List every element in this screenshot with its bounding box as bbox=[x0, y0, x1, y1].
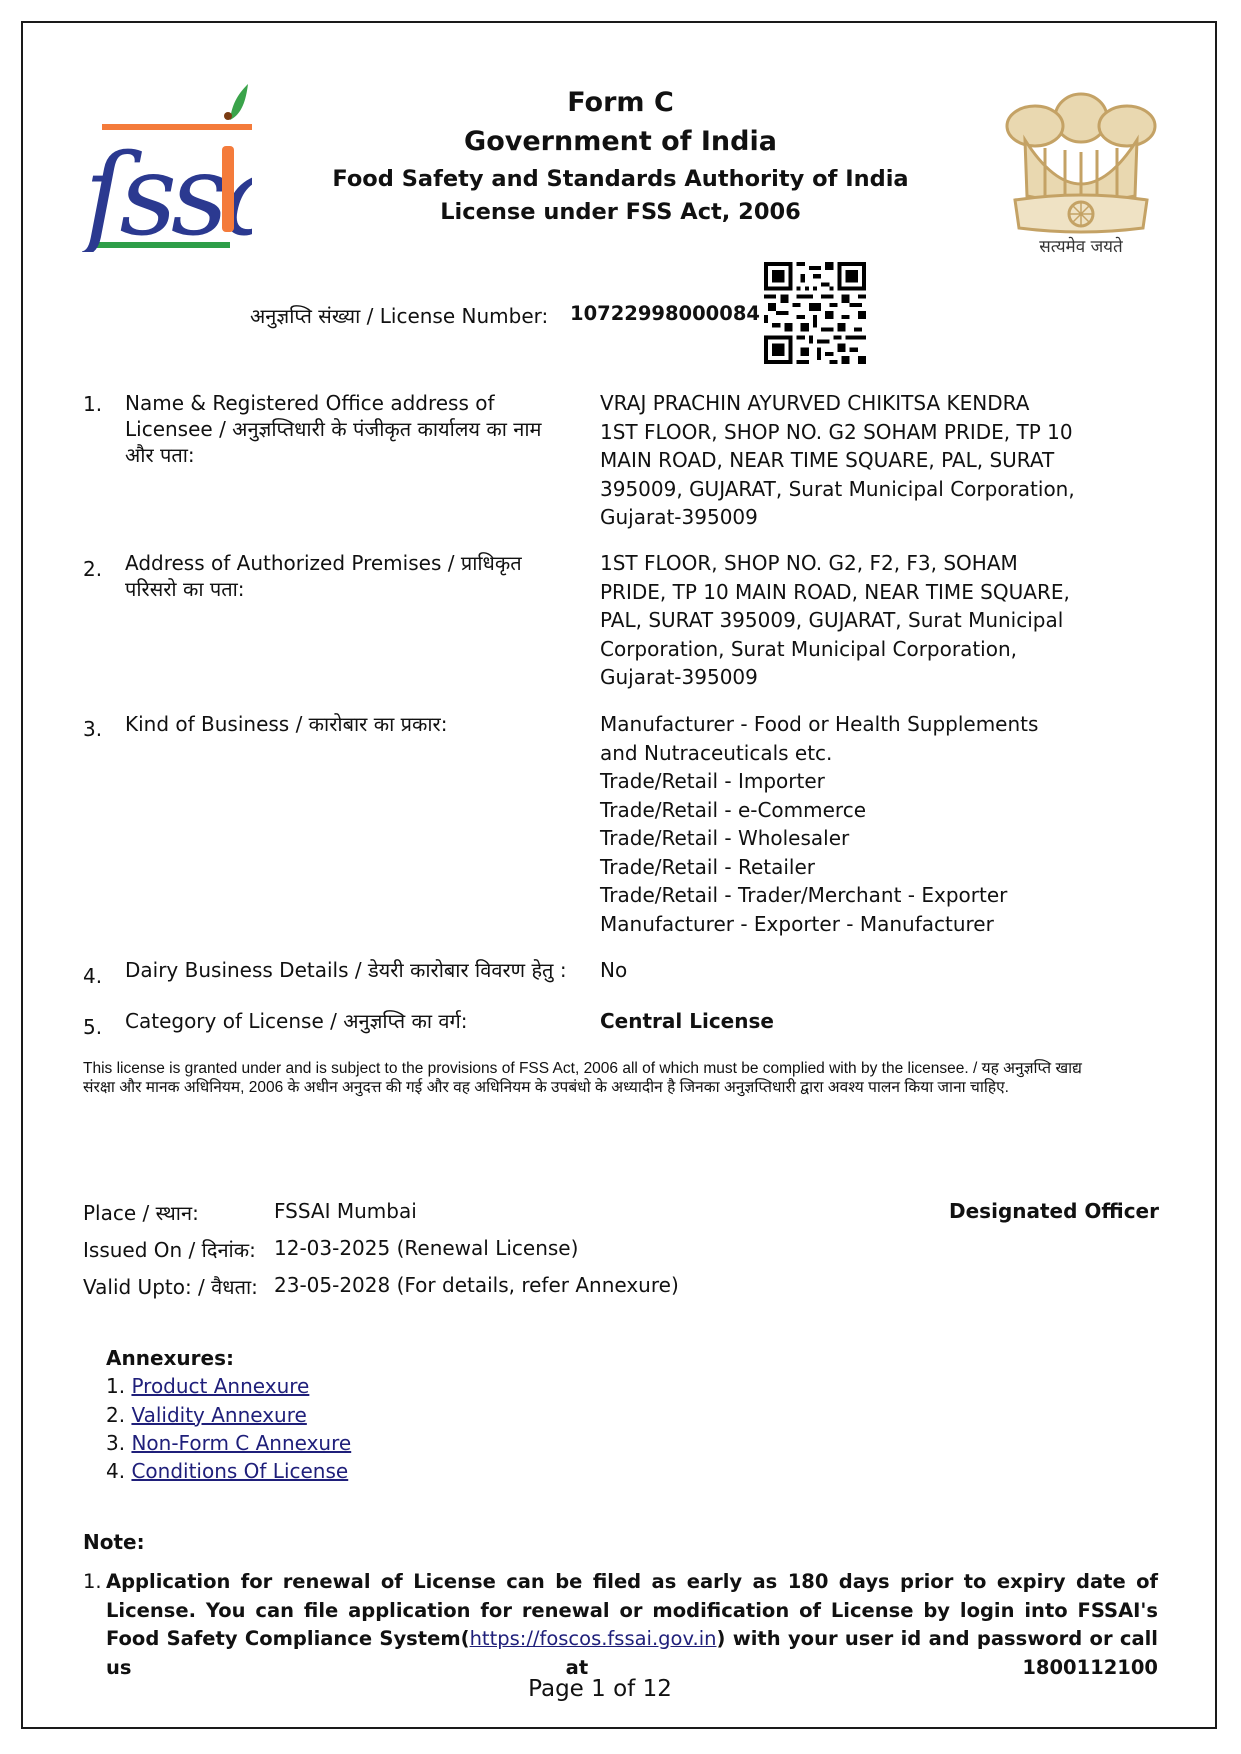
item-number: 4. bbox=[83, 964, 102, 988]
item-value-license-category: Central License bbox=[600, 1007, 1080, 1036]
value-line: 1ST FLOOR, SHOP NO. G2, F2, F3, SOHAM bbox=[600, 549, 1080, 578]
item-value-dairy-business: No bbox=[600, 956, 1080, 985]
page-number: Page 1 of 12 bbox=[0, 1676, 1200, 1702]
value-line: Gujarat-395009 bbox=[600, 503, 1080, 532]
product-annexure-link[interactable]: Product Annexure bbox=[131, 1374, 309, 1398]
place-value: FSSAI Mumbai bbox=[274, 1199, 417, 1223]
valid-label: Valid Upto: / वैधता: bbox=[83, 1273, 258, 1300]
note-number: 1. bbox=[83, 1568, 102, 1597]
value-line: 395009, GUJARAT, Surat Municipal Corpora… bbox=[600, 475, 1080, 504]
license-number-label: अनुज्ञप्ति संख्या / License Number: bbox=[250, 302, 548, 329]
annexures-title: Annexures: bbox=[106, 1344, 351, 1372]
business-kind: Trade/Retail - Importer bbox=[600, 767, 1080, 796]
license-disclaimer: This license is granted under and is sub… bbox=[83, 1059, 1083, 1097]
designated-officer: Designated Officer bbox=[949, 1199, 1159, 1223]
business-kind: Trade/Retail - Retailer bbox=[600, 853, 1080, 882]
item-number: 1. bbox=[83, 392, 102, 416]
value-line: PRIDE, TP 10 MAIN ROAD, NEAR TIME SQUARE… bbox=[600, 578, 1080, 607]
issued-label: Issued On / दिनांक: bbox=[83, 1236, 256, 1263]
item-value-kind-of-business: Manufacturer - Food or Health Supplement… bbox=[600, 710, 1080, 938]
business-kind: Trade/Retail - Trader/Merchant - Exporte… bbox=[600, 881, 1080, 910]
svg-text:सत्यमेव जयते: सत्यमेव जयते bbox=[1039, 236, 1123, 257]
annexure-item: 3. Non-Form C Annexure bbox=[106, 1429, 351, 1457]
annexure-item: 1. Product Annexure bbox=[106, 1372, 351, 1400]
business-kind: Manufacturer - Food or Health Supplement… bbox=[600, 710, 1080, 739]
note-title: Note: bbox=[83, 1530, 145, 1554]
value-line: 1ST FLOOR, SHOP NO. G2 SOHAM PRIDE, TP 1… bbox=[600, 418, 1080, 447]
license-number: 10722998000084 bbox=[570, 302, 760, 325]
item-value-authorized-premises: 1ST FLOOR, SHOP NO. G2, F2, F3, SOHAM PR… bbox=[600, 549, 1080, 692]
value-line: MAIN ROAD, NEAR TIME SQUARE, PAL, SURAT bbox=[600, 446, 1080, 475]
non-form-c-annexure-link[interactable]: Non-Form C Annexure bbox=[131, 1431, 351, 1455]
item-label-registered-office: Name & Registered Office address of Lice… bbox=[125, 390, 565, 468]
national-emblem-icon: सत्यमेव जयते bbox=[985, 78, 1177, 258]
place-label: Place / स्थान: bbox=[83, 1199, 199, 1226]
qr-code-icon[interactable] bbox=[764, 262, 866, 364]
annexure-item: 4. Conditions Of License bbox=[106, 1457, 351, 1485]
value-line: VRAJ PRACHIN AYURVED CHIKITSA KENDRA bbox=[600, 389, 1080, 418]
validity-annexure-link[interactable]: Validity Annexure bbox=[131, 1403, 306, 1427]
item-label-license-category: Category of License / अनुज्ञप्ति का वर्ग… bbox=[125, 1008, 565, 1034]
business-kind: Manufacturer - Exporter - Manufacturer bbox=[600, 910, 1080, 939]
item-label-authorized-premises: Address of Authorized Premises / प्राधिक… bbox=[125, 550, 565, 602]
annexures-list: Annexures: 1. Product Annexure 2. Validi… bbox=[106, 1344, 351, 1485]
value-line: Corporation, Surat Municipal Corporation… bbox=[600, 635, 1080, 664]
foscos-link[interactable]: https://foscos.fssai.gov.in bbox=[470, 1627, 717, 1650]
item-value-registered-office: VRAJ PRACHIN AYURVED CHIKITSA KENDRA 1ST… bbox=[600, 389, 1080, 532]
item-label-kind-of-business: Kind of Business / कारोबार का प्रकार: bbox=[125, 711, 565, 737]
business-kind: Trade/Retail - e-Commerce bbox=[600, 796, 1080, 825]
note-text: Application for renewal of License can b… bbox=[106, 1568, 1158, 1682]
item-number: 2. bbox=[83, 557, 102, 581]
item-number: 3. bbox=[83, 717, 102, 741]
issued-value: 12-03-2025 (Renewal License) bbox=[274, 1236, 578, 1260]
value-line: Gujarat-395009 bbox=[600, 663, 1080, 692]
business-kind: Trade/Retail - Wholesaler bbox=[600, 824, 1080, 853]
annexure-item: 2. Validity Annexure bbox=[106, 1401, 351, 1429]
value-line: PAL, SURAT 395009, GUJARAT, Surat Munici… bbox=[600, 606, 1080, 635]
valid-value: 23-05-2028 (For details, refer Annexure) bbox=[274, 1273, 679, 1297]
business-kind: and Nutraceuticals etc. bbox=[600, 739, 1080, 768]
national-emblem: सत्यमेव जयते bbox=[985, 78, 1177, 258]
item-label-dairy-business: Dairy Business Details / डेयरी कारोबार व… bbox=[125, 957, 605, 983]
item-number: 5. bbox=[83, 1015, 102, 1039]
conditions-of-license-link[interactable]: Conditions Of License bbox=[131, 1459, 348, 1483]
